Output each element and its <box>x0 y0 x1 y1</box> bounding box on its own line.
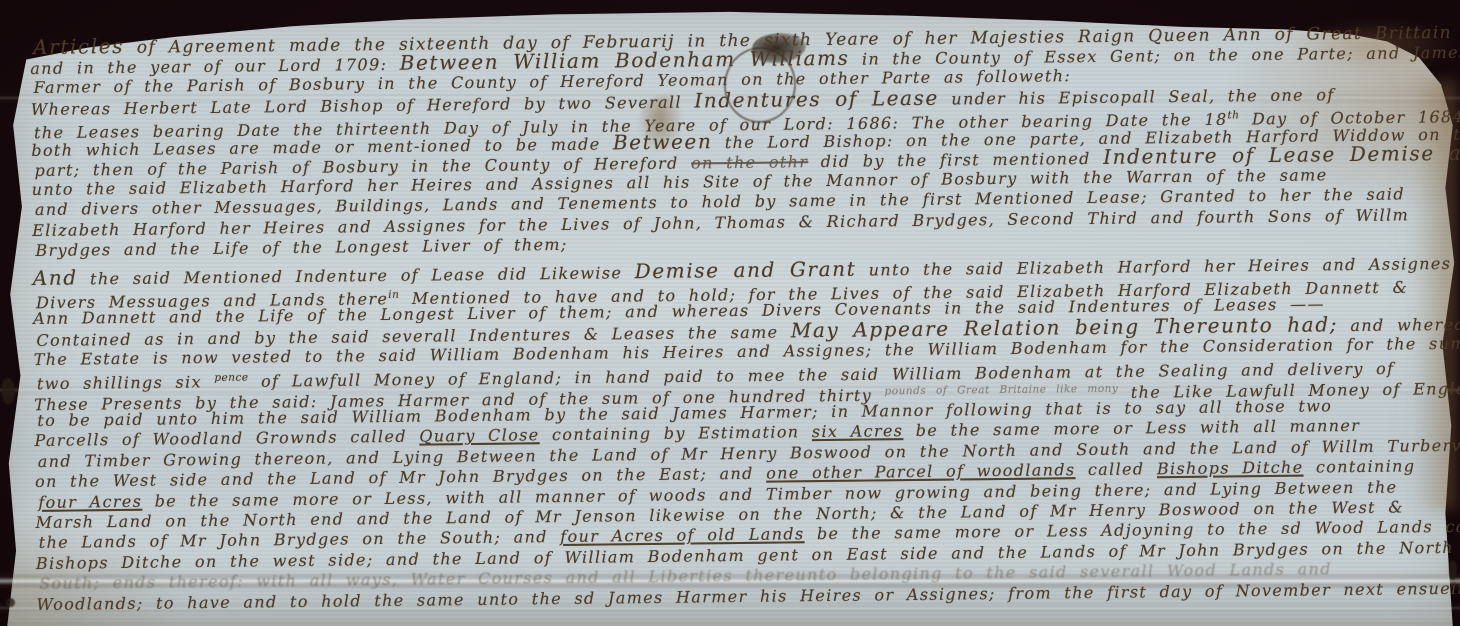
text-segment: pence <box>214 372 248 384</box>
text-segment: called <box>1075 459 1157 479</box>
text-segment: four Acres <box>38 491 142 511</box>
text-segment: on the othr <box>691 153 808 173</box>
text-segment: four Acres of old Lands <box>560 525 804 547</box>
text-segment: Bishops Ditche <box>1157 458 1304 479</box>
text-segment: Parcells of Woodland Grownds called <box>34 427 419 450</box>
text-segment: Articles <box>33 34 124 59</box>
ink-speck <box>1449 560 1457 580</box>
ink-speck <box>6 598 15 607</box>
text-segment: pounds of Great Britaine like mony <box>884 382 1118 397</box>
text-segment: and whereas the <box>1338 315 1460 336</box>
photograph-of-manuscript: Articles of Agreement made the sixteenth… <box>0 0 1460 626</box>
text-segment: in <box>388 289 399 301</box>
text-segment: th <box>1227 109 1239 121</box>
text-segment: containing by Estimation <box>539 423 812 445</box>
text-segment: Quary Close <box>419 426 539 446</box>
text-segment: Between <box>613 129 713 154</box>
text-segment: And <box>33 266 78 291</box>
manuscript-text: Articles of Agreement made the sixteenth… <box>30 21 1444 615</box>
ink-speck <box>2 378 15 404</box>
text-segment: one other Parcel of woodlands <box>766 460 1076 483</box>
text-segment: containing <box>1303 457 1415 477</box>
text-segment: six Acres <box>812 422 904 442</box>
